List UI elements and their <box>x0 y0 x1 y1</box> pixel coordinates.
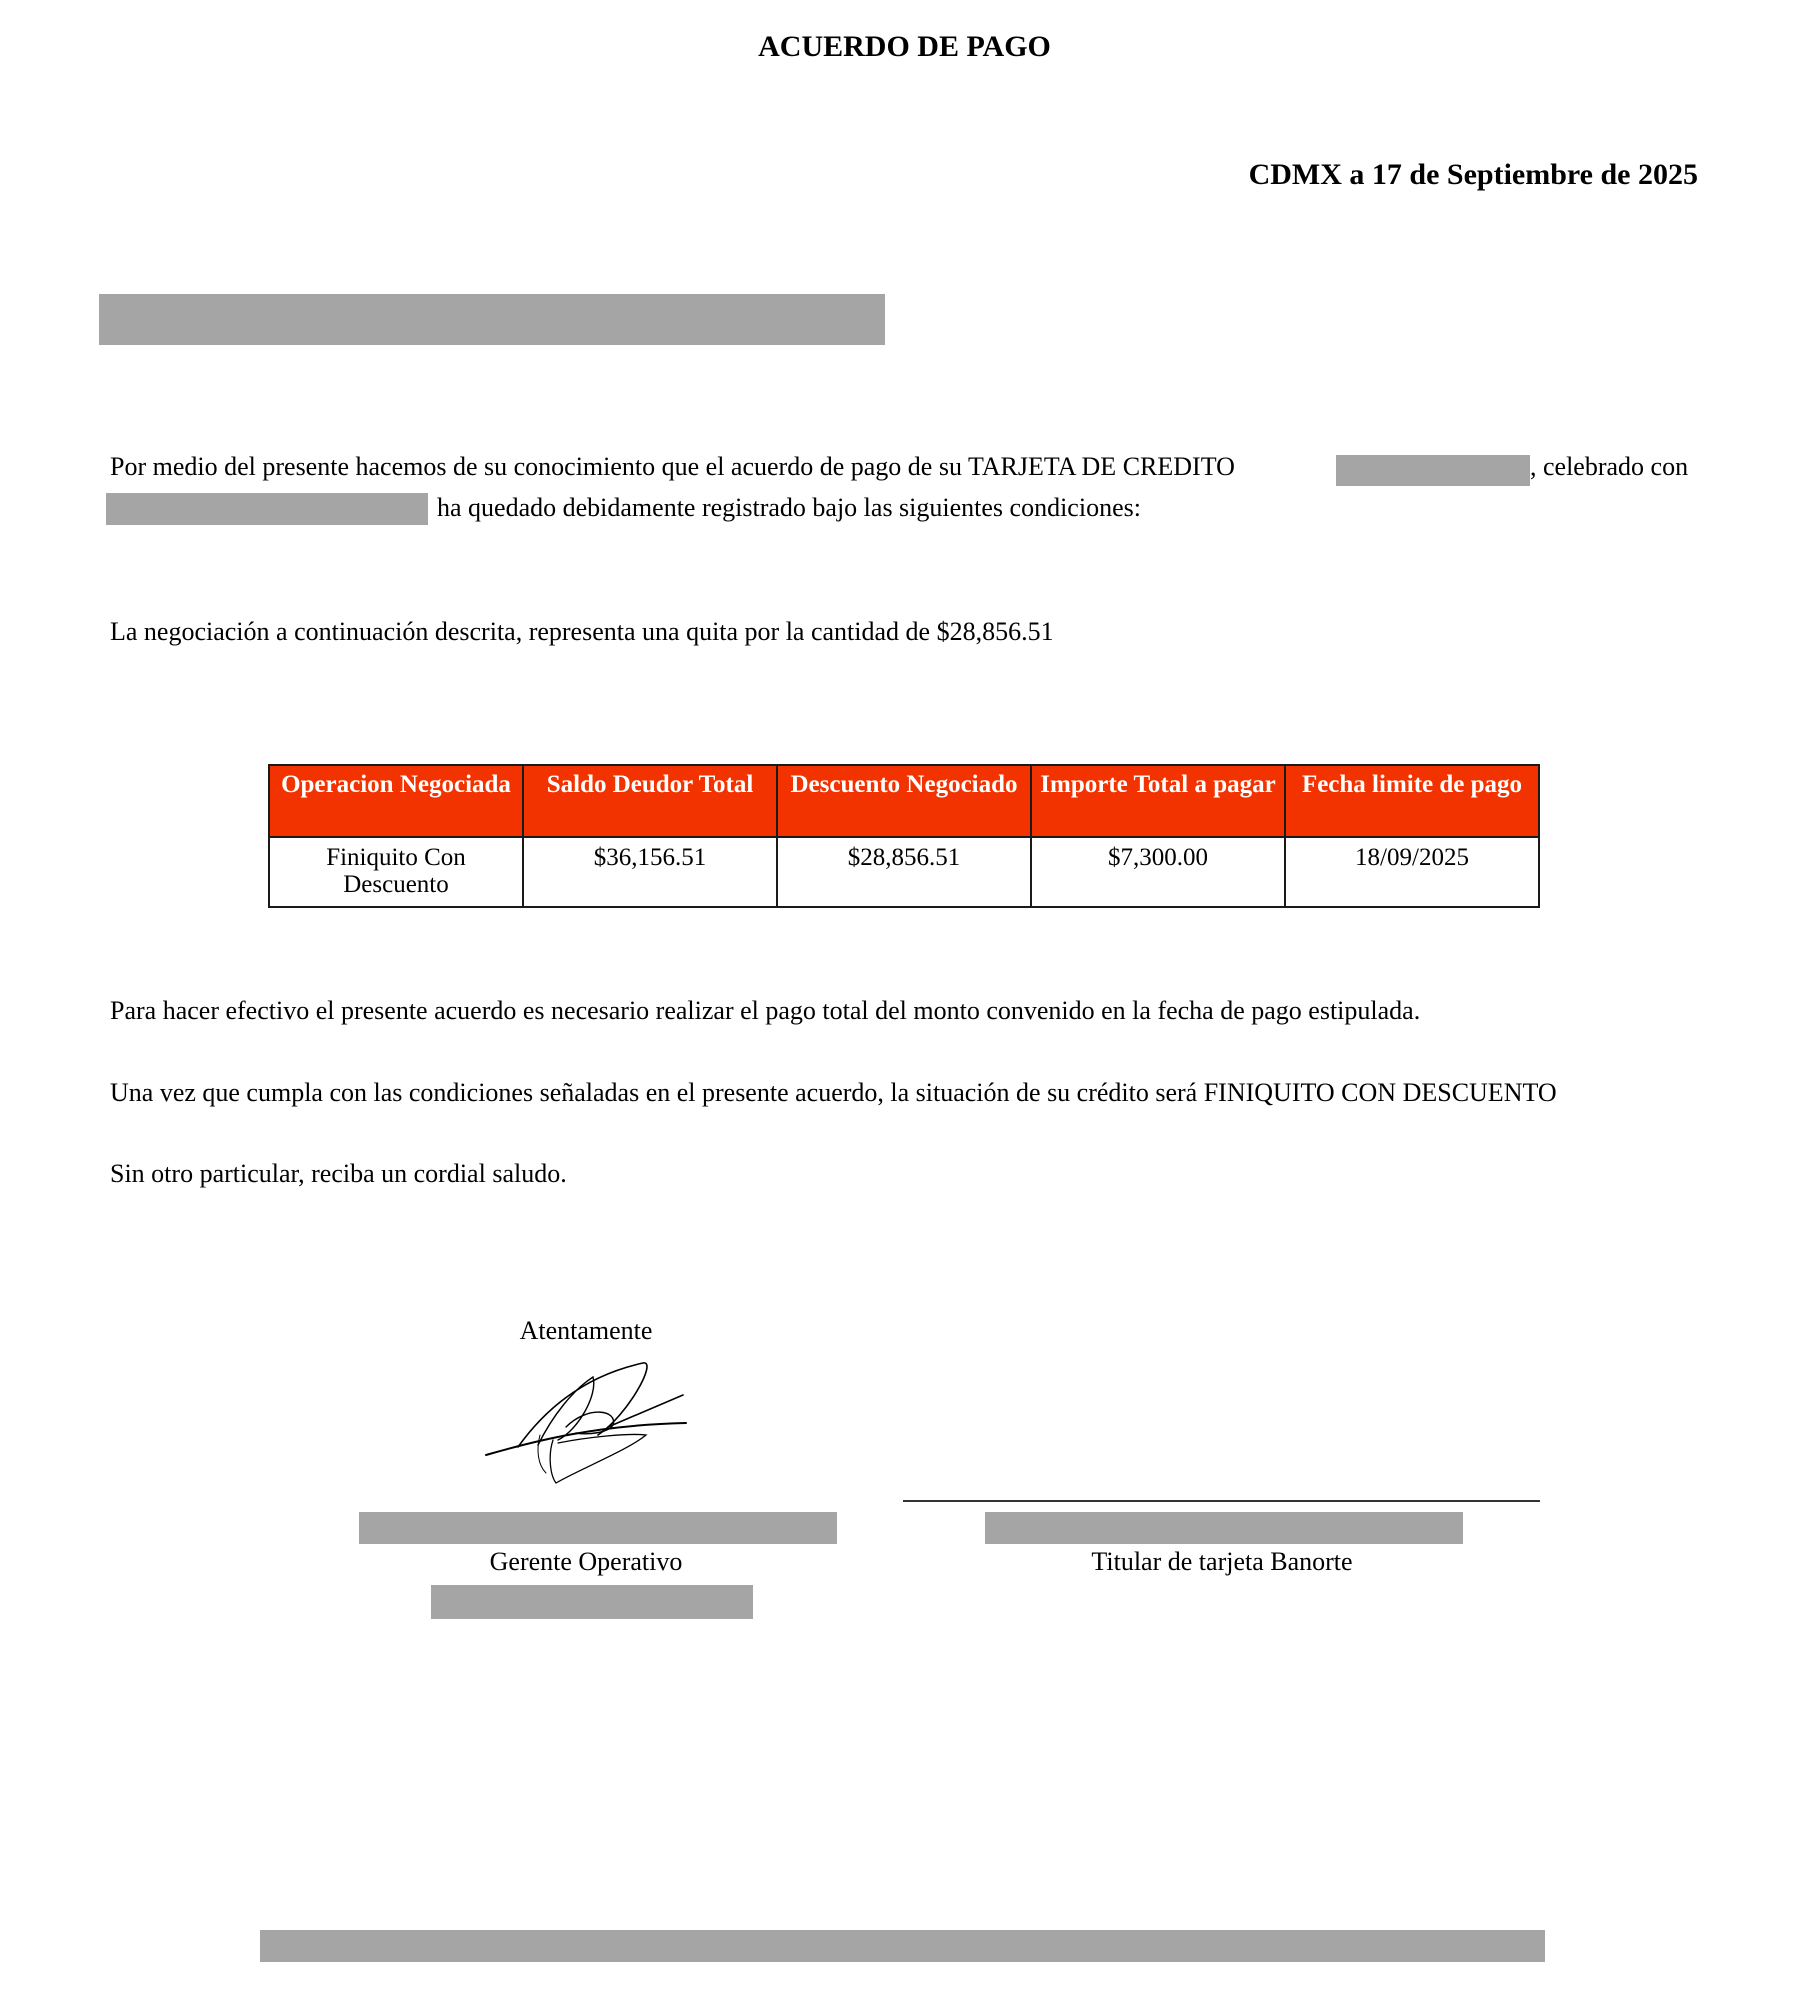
agreement-table: Operacion Negociada Saldo Deudor Total D… <box>268 764 1540 908</box>
role-gerente-operativo: Gerente Operativo <box>386 1547 786 1577</box>
paragraph-closing: Sin otro particular, reciba un cordial s… <box>110 1159 567 1189</box>
header-fecha: Fecha limite de pago <box>1285 765 1539 837</box>
table-header-row: Operacion Negociada Saldo Deudor Total D… <box>269 765 1539 837</box>
closing-atentamente: Atentamente <box>386 1316 786 1346</box>
header-descuento: Descuento Negociado <box>777 765 1031 837</box>
header-operacion: Operacion Negociada <box>269 765 523 837</box>
paragraph-conditions: Una vez que cumpla con las condiciones s… <box>110 1078 1557 1108</box>
header-importe: Importe Total a pagar <box>1031 765 1285 837</box>
redacted-recipient <box>99 294 885 345</box>
cell-importe: $7,300.00 <box>1031 837 1285 907</box>
redacted-manager-name <box>359 1512 837 1544</box>
table-row: Finiquito Con Descuento $36,156.51 $28,8… <box>269 837 1539 907</box>
redacted-cardholder-name <box>985 1512 1463 1544</box>
redacted-manager-id <box>431 1585 753 1619</box>
intro-text-1-end: , celebrado con <box>1530 452 1688 482</box>
cell-operacion: Finiquito Con Descuento <box>269 837 523 907</box>
quita-text: La negociación a continuación descrita, … <box>110 617 1054 647</box>
cell-descuento: $28,856.51 <box>777 837 1031 907</box>
redacted-institution <box>106 493 428 525</box>
cell-fecha: 18/09/2025 <box>1285 837 1539 907</box>
redacted-footer <box>260 1930 1545 1962</box>
place-date: CDMX a 17 de Septiembre de 2025 <box>1249 158 1698 192</box>
role-titular: Titular de tarjeta Banorte <box>1022 1547 1422 1577</box>
header-saldo: Saldo Deudor Total <box>523 765 777 837</box>
document-title: ACUERDO DE PAGO <box>0 30 1809 64</box>
intro-text-1: Por medio del presente hacemos de su con… <box>110 452 1235 481</box>
redacted-card-number <box>1336 455 1530 486</box>
cell-saldo: $36,156.51 <box>523 837 777 907</box>
paragraph-payment: Para hacer efectivo el presente acuerdo … <box>110 996 1420 1026</box>
signature-line <box>903 1500 1540 1502</box>
intro-text-2: ha quedado debidamente registrado bajo l… <box>437 493 1141 523</box>
signature-icon <box>478 1355 693 1490</box>
intro-line-1: Por medio del presente hacemos de su con… <box>110 452 1235 482</box>
